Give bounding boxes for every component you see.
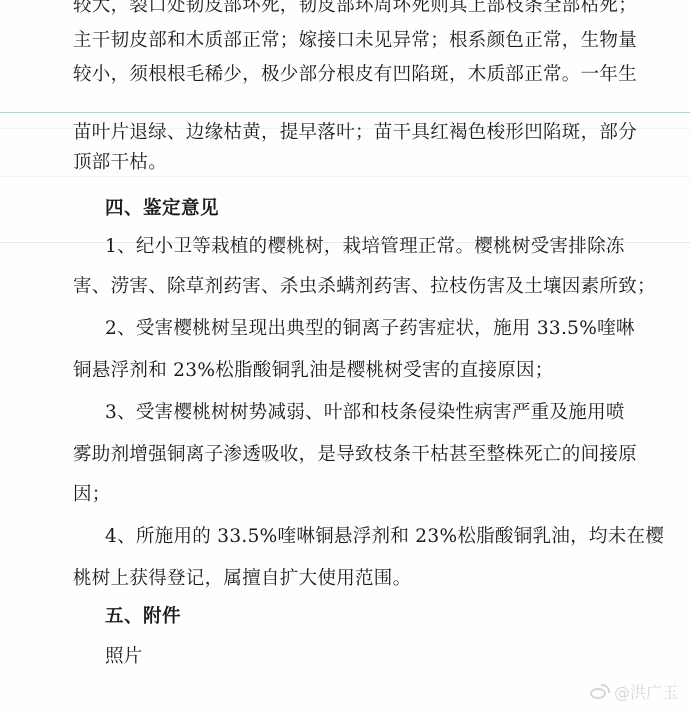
weibo-watermark: @洪广玉 [590, 680, 678, 703]
document-page: 较大，裂口处韧皮部坏死，韧皮部环周坏死则其上部枝条全部枯死； 主干韧皮部和木质部… [0, 0, 690, 712]
paragraph-line: 主干韧皮部和木质部正常；嫁接口未见异常；根系颜色正常，生物量 [73, 30, 583, 52]
conclusion-item-4-line: 4、所施用的 33.5%喹啉铜悬浮剂和 23%松脂酸铜乳油，均未在樱 [105, 526, 615, 548]
conclusion-item-4-line: 桃树上获得登记，属擅自扩大使用范围。 [73, 568, 583, 590]
section-heading: 四、鉴定意见 [105, 198, 615, 220]
watermark-text: @洪广玉 [614, 680, 678, 703]
paragraph-line: 较大，裂口处韧皮部坏死，韧皮部环周坏死则其上部枝条全部枯死； [73, 0, 583, 17]
paragraph-line: 顶部干枯。 [73, 152, 583, 174]
conclusion-item-2-line: 2、受害樱桃树呈现出典型的铜离子药害症状，施用 33.5%喹啉 [105, 318, 615, 340]
conclusion-item-1-line: 1、纪小卫等栽植的樱桃树，栽培管理正常。樱桃树受害排除冻 [105, 236, 615, 258]
paragraph-line: 较小，须根根毛稀少，极少部分根皮有凹陷斑，木质部正常。一年生 [73, 64, 583, 86]
conclusion-item-3-line: 因； [73, 484, 583, 506]
conclusion-item-3-line: 雾助剂增强铜离子渗透吸收，是导致枝条干枯甚至整株死亡的间接原 [73, 444, 583, 466]
scan-artifact-line [0, 176, 690, 177]
scan-artifact-line [0, 112, 690, 113]
attachment-item: 照片 [105, 646, 615, 668]
conclusion-item-1-line: 害、涝害、除草剂药害、杀虫杀螨剂药害、拉枝伤害及土壤因素所致； [73, 276, 583, 298]
section-heading: 五、附件 [105, 606, 615, 628]
weibo-icon [590, 684, 610, 700]
conclusion-item-2-line: 铜悬浮剂和 23%松脂酸铜乳油是樱桃树受害的直接原因； [73, 360, 583, 382]
conclusion-item-3-line: 3、受害樱桃树树势减弱、叶部和枝条侵染性病害严重及施用喷 [105, 402, 615, 424]
paragraph-line: 苗叶片退绿、边缘枯黄，提早落叶；苗干具红褐色梭形凹陷斑，部分 [73, 122, 583, 144]
